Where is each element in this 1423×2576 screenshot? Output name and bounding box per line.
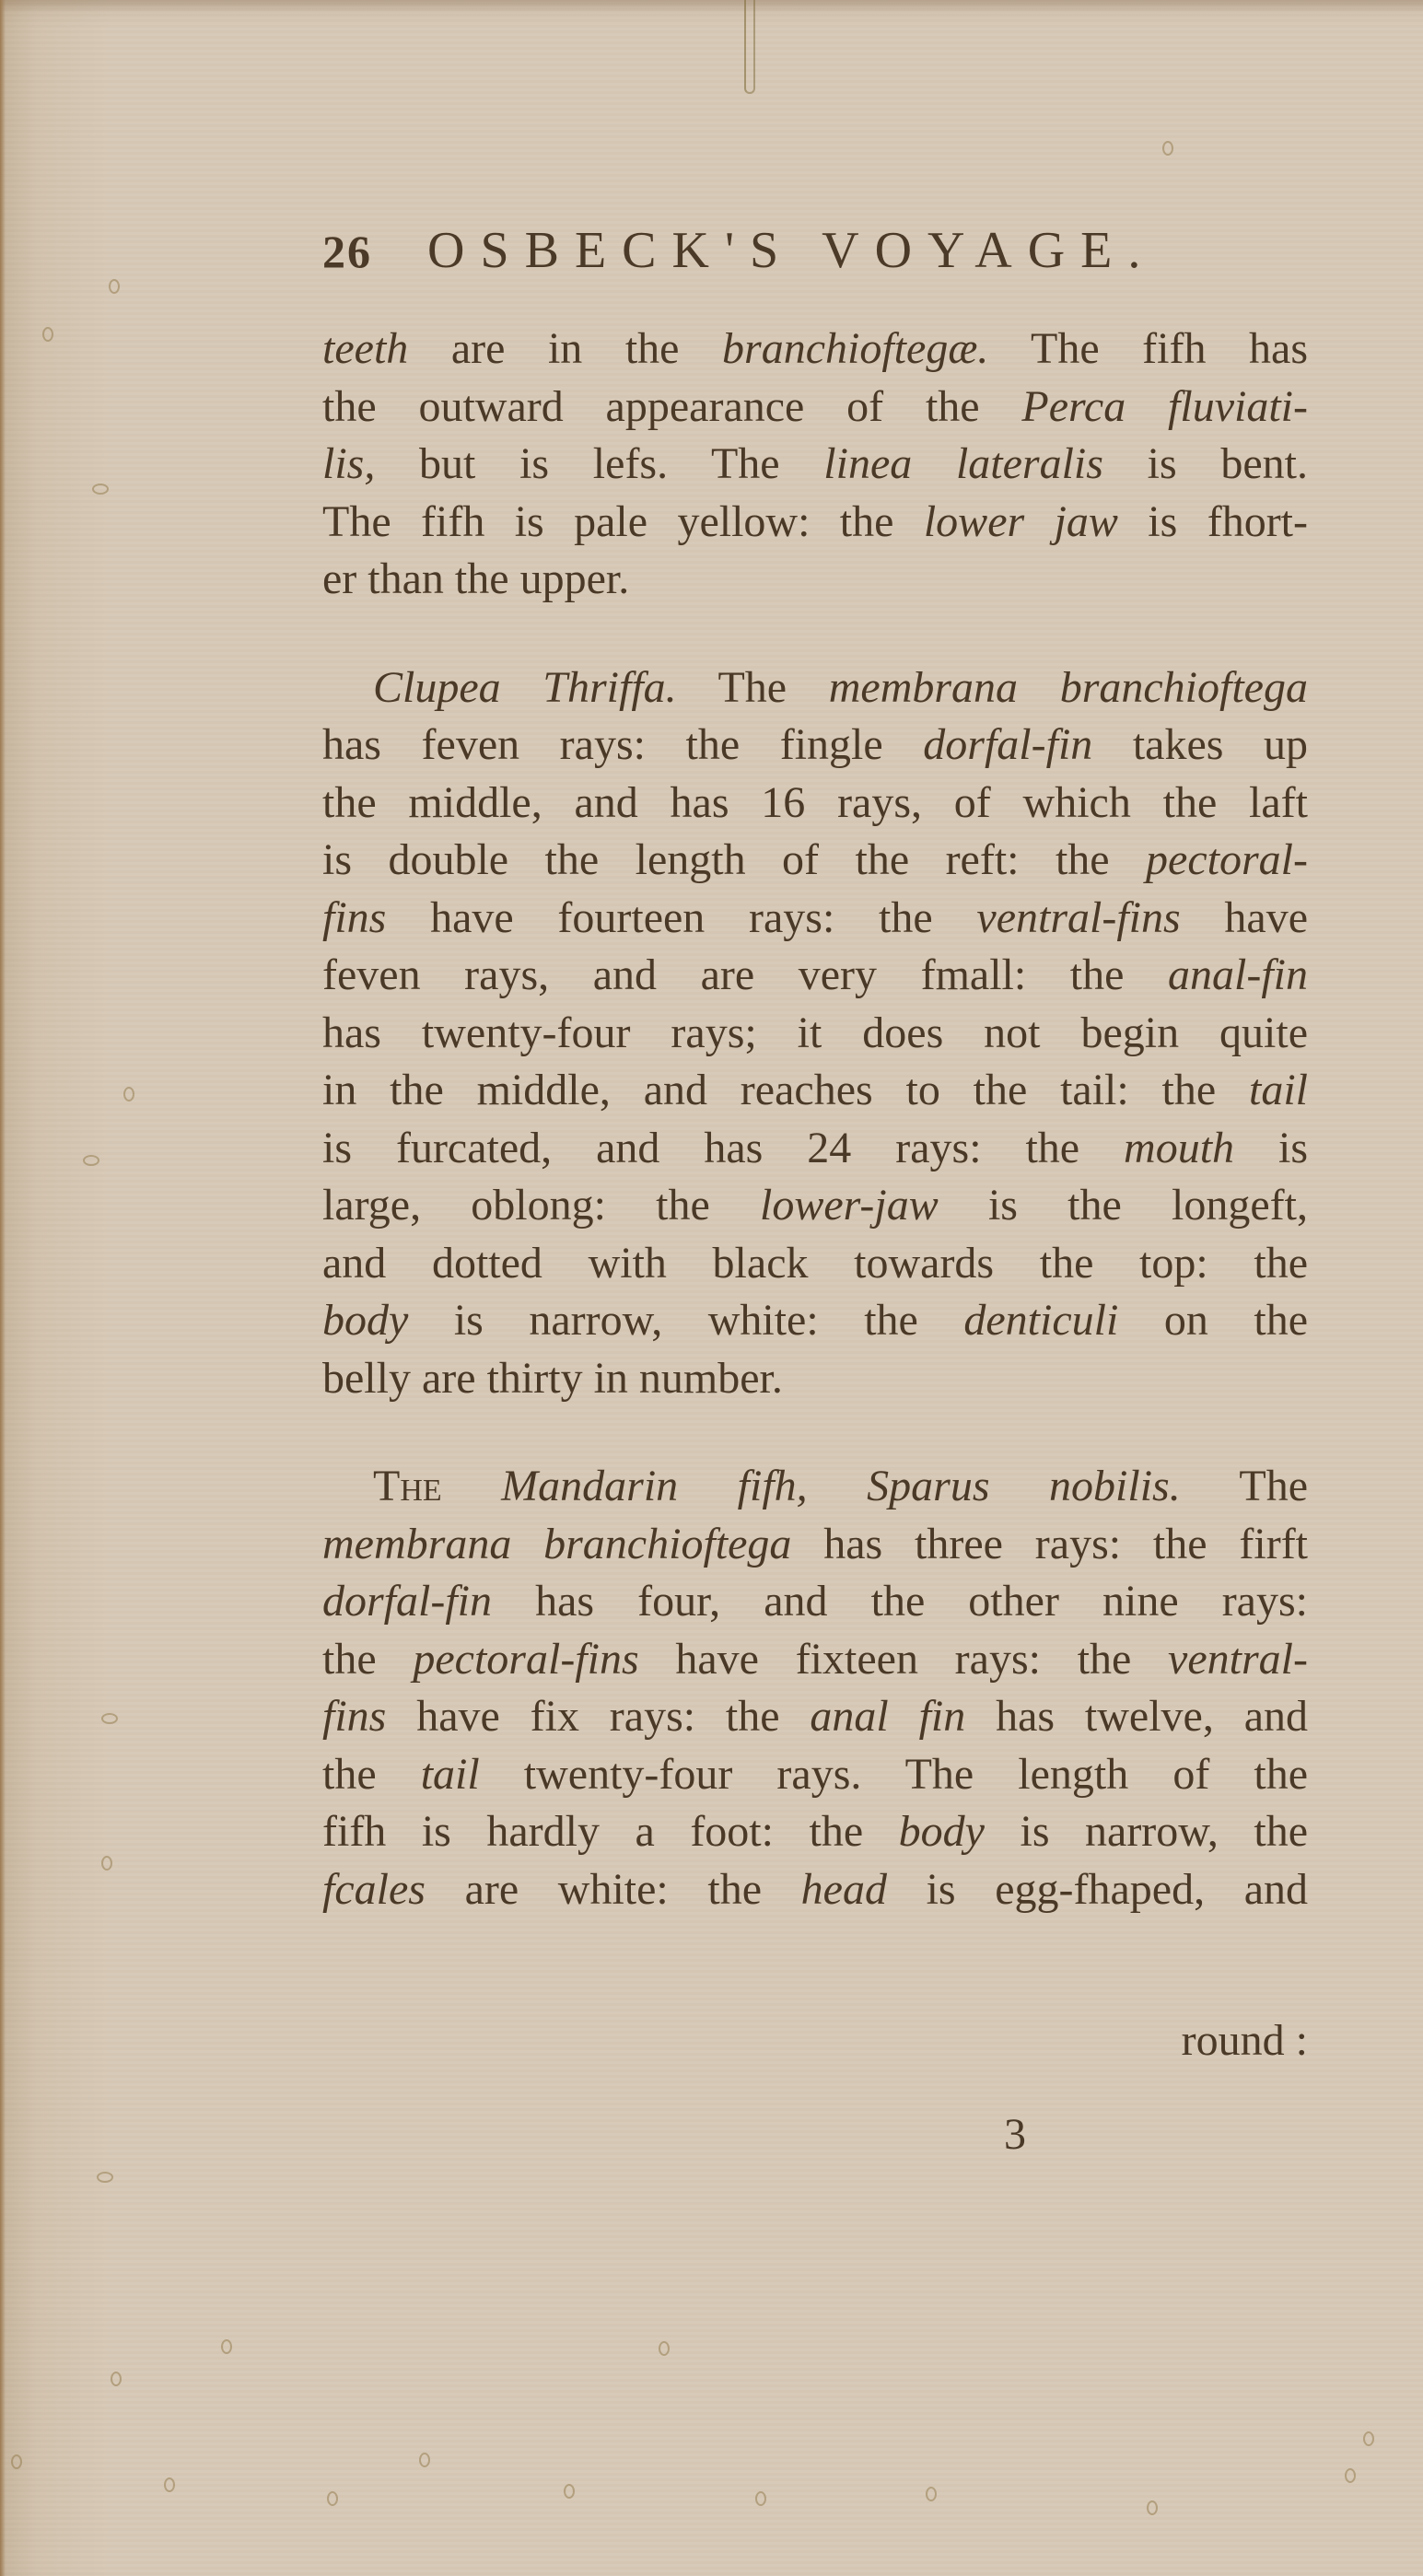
text-line: in the middle, and reaches to the tail: … (322, 1062, 1308, 1120)
paper-speck (109, 279, 120, 294)
italic-term: Perca fluviati- (1021, 382, 1308, 431)
text-line: belly are thirty in number. (322, 1350, 1308, 1408)
text-run: is furcated, and has 24 rays: the (322, 1124, 1124, 1172)
text-line: er than the upper. (322, 551, 1308, 609)
italic-term: dorfal-fin (322, 1577, 492, 1626)
paper-speck (111, 2372, 122, 2386)
text-run: the outward appearance of the (322, 382, 1021, 431)
text-run: The (677, 663, 829, 712)
text-line: fcales are white: the head is egg-fhaped… (322, 1861, 1308, 1919)
text-run: takes up (1092, 720, 1308, 769)
text-run (442, 1462, 502, 1510)
paper-speck (926, 2487, 937, 2501)
text-run: is narrow, the (985, 1807, 1308, 1856)
italic-term: membrana branchioftega (829, 663, 1308, 712)
text-line: The fifh is pale yellow: the lower jaw i… (322, 494, 1308, 552)
italic-term: linea lateralis (823, 439, 1103, 488)
text-run: is fhort- (1118, 497, 1308, 546)
italic-term: head (801, 1865, 887, 1914)
italic-term: pectoral- (1146, 835, 1308, 884)
text-run: er than the upper. (322, 554, 629, 603)
text-run: belly are thirty in number. (322, 1354, 783, 1403)
italic-term: tail (1249, 1066, 1308, 1114)
italic-term: anal-fin (1168, 950, 1308, 999)
paper-speck (659, 2341, 670, 2356)
text-run: is the longeft, (939, 1181, 1308, 1230)
text-line: fifh is hardly a foot: the body is narro… (322, 1803, 1308, 1861)
text-run: The (373, 1462, 442, 1510)
italic-term: lower-jaw (760, 1181, 939, 1230)
text-line: has twenty-four rays; it does not begin … (322, 1005, 1308, 1063)
text-line: is double the length of the reft: the pe… (322, 832, 1308, 890)
paper-speck (327, 2491, 338, 2506)
text-run: is (1234, 1124, 1308, 1172)
text-line: dorfal-fin has four, and the other nine … (322, 1573, 1308, 1631)
text-run: have (1181, 893, 1308, 942)
paper-speck (83, 1155, 99, 1166)
text-run: but is lefs. The (375, 439, 823, 488)
paper-speck (11, 2454, 22, 2469)
italic-term: ventral-fins (976, 893, 1180, 942)
text-run: twenty-four rays. The length of the (480, 1750, 1308, 1799)
italic-term: lower jaw (924, 497, 1118, 546)
text-run: and dotted with black towards the top: t… (322, 1239, 1308, 1288)
text-line: The Mandarin fifh, Sparus nobilis. The (322, 1458, 1308, 1516)
text-run: The (1181, 1462, 1308, 1510)
paper-speck (42, 327, 53, 342)
paragraph: Clupea Thriffa. The membrana branchiofte… (322, 659, 1308, 1408)
text-line: body is narrow, white: the denticuli on … (322, 1292, 1308, 1350)
italic-term: mouth (1124, 1124, 1234, 1172)
text-line: the tail twenty-four rays. The length of… (322, 1746, 1308, 1804)
signature-mark: 3 (1004, 2109, 1026, 2160)
page-edge-shadow (0, 0, 6, 2576)
running-title: OSBECK'S VOYAGE. (427, 221, 1156, 280)
text-run: have fix rays: the (386, 1692, 810, 1741)
body-text: teeth are in the branchioftegæ. The fifh… (322, 321, 1308, 1918)
paper-speck (123, 1087, 134, 1102)
paper-speck (1147, 2500, 1158, 2515)
italic-term: fins (322, 893, 386, 942)
italic-term: membrana branchioftega (322, 1520, 791, 1568)
italic-term: branchioftegæ. (722, 324, 988, 373)
paper-speck (164, 2477, 175, 2492)
binding-thread (744, 0, 755, 94)
running-head: 26 OSBECK'S VOYAGE. (322, 221, 1289, 286)
text-line: fins have fix rays: the anal fin has twe… (322, 1688, 1308, 1746)
text-line: the outward appearance of the Perca fluv… (322, 379, 1308, 437)
text-run: is double the length of the reft: the (322, 835, 1146, 884)
paper-speck (92, 484, 109, 495)
text-line: the middle, and has 16 rays, of which th… (322, 775, 1308, 833)
text-run: has four, and the other nine rays: (492, 1577, 1308, 1626)
text-line: the pectoral-fins have fixteen rays: the… (322, 1631, 1308, 1689)
text-run: the (322, 1635, 413, 1684)
paper-speck (755, 2491, 766, 2506)
text-run: is bent. (1103, 439, 1308, 488)
italic-term: fcales (322, 1865, 426, 1914)
text-line: lis, but is lefs. The linea lateralis is… (322, 436, 1308, 494)
italic-term: fins (322, 1692, 386, 1741)
text-line: membrana branchioftega has three rays: t… (322, 1516, 1308, 1574)
italic-term: body (899, 1807, 985, 1856)
text-line: large, oblong: the lower-jaw is the long… (322, 1177, 1308, 1235)
italic-term: ventral- (1168, 1635, 1308, 1684)
text-line: fins have fourteen rays: the ventral-fin… (322, 890, 1308, 948)
paragraph: teeth are in the branchioftegæ. The fifh… (322, 321, 1308, 609)
page-number: 26 (322, 225, 372, 278)
paper-speck (419, 2453, 430, 2467)
italic-term: dorfal-fin (923, 720, 1092, 769)
text-run: The fifh has (988, 324, 1308, 373)
italic-term: teeth (322, 324, 408, 373)
text-line: and dotted with black towards the top: t… (322, 1235, 1308, 1293)
paragraph: The Mandarin fifh, Sparus nobilis. Theme… (322, 1458, 1308, 1918)
italic-term: pectoral-fins (413, 1635, 638, 1684)
text-run: have fixteen rays: the (639, 1635, 1168, 1684)
text-run: has three rays: the firft (791, 1520, 1308, 1568)
paper-speck (101, 1713, 118, 1724)
paragraph-gap (322, 1407, 1308, 1458)
text-run: is narrow, white: the (408, 1296, 963, 1345)
text-run: fifh is hardly a foot: the (322, 1807, 899, 1856)
paper-speck (97, 2172, 113, 2183)
italic-term: tail (421, 1750, 480, 1799)
text-line: has feven rays: the fingle dorfal-fin ta… (322, 717, 1308, 775)
paper-speck (1363, 2431, 1374, 2446)
text-run: feven rays, and are very fmall: the (322, 950, 1168, 999)
text-line: Clupea Thriffa. The membrana branchiofte… (322, 659, 1308, 717)
text-run: in the middle, and reaches to the tail: … (322, 1066, 1249, 1114)
text-run: are white: the (426, 1865, 801, 1914)
italic-term: denticuli (963, 1296, 1118, 1345)
text-line: feven rays, and are very fmall: the anal… (322, 947, 1308, 1005)
italic-term: Clupea Thriffa. (373, 663, 677, 712)
text-run: is egg-fhaped, and (887, 1865, 1308, 1914)
catchword: round : (1182, 2016, 1308, 2065)
paper-speck (221, 2339, 232, 2354)
text-run: the (322, 1750, 421, 1799)
text-run: are in the (408, 324, 722, 373)
text-run: the middle, and has 16 rays, of which th… (322, 778, 1308, 827)
text-run: has feven rays: the fingle (322, 720, 923, 769)
italic-term: body (322, 1296, 408, 1345)
paper-speck (101, 1856, 112, 1871)
paragraph-gap (322, 609, 1308, 659)
paper-speck (1345, 2468, 1356, 2483)
text-line: is furcated, and has 24 rays: the mouth … (322, 1120, 1308, 1178)
text-run: large, oblong: the (322, 1181, 760, 1230)
book-page: 26 OSBECK'S VOYAGE. teeth are in the bra… (0, 0, 1423, 2576)
text-run: has twelve, and (965, 1692, 1308, 1741)
text-run: has twenty-four rays; it does not begin … (322, 1008, 1308, 1057)
text-line: teeth are in the branchioftegæ. The fifh… (322, 321, 1308, 379)
text-run: The fifh is pale yellow: the (322, 497, 924, 546)
italic-term: lis, (322, 439, 375, 488)
paper-speck (1162, 141, 1173, 156)
paper-speck (564, 2484, 575, 2499)
text-run: have fourteen rays: the (386, 893, 976, 942)
italic-term: Mandarin fifh, Sparus nobilis. (501, 1462, 1181, 1510)
text-run: on the (1118, 1296, 1308, 1345)
italic-term: anal fin (810, 1692, 965, 1741)
